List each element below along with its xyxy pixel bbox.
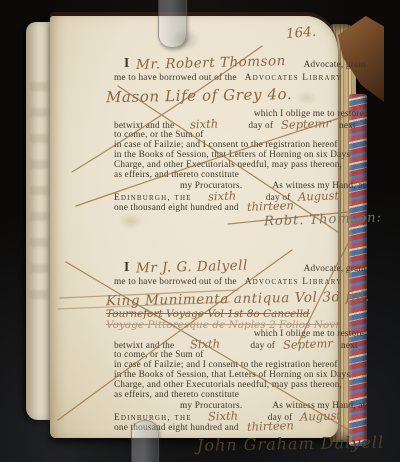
borrowed-line: me to have borrowed out of the Advocates… [114, 73, 366, 83]
printed-capital-i: I [124, 58, 129, 68]
printed-failzie-3: Charge, and other Executorials needful, … [114, 160, 342, 170]
failzie-line-3: Charge, and other Executorials needful, … [114, 380, 366, 390]
borrower-name-handwritten: Mr. Robert Thomson [136, 56, 286, 70]
printed-day-of: day of [248, 121, 273, 131]
sum-clause-line: to come, or the Sum of [114, 130, 366, 140]
printed-library-name: Advocates Library [245, 277, 343, 287]
signed-month-handwritten: August [298, 190, 339, 202]
page-holding-strap-top [158, 0, 187, 48]
failzie-line-3: Charge, and other Executorials needful, … [114, 160, 366, 170]
entry-opening-line: I Mr. Robert Thomson Advocate, grant [124, 58, 366, 73]
folio-number: 164. [285, 24, 316, 43]
printed-library-name: Advocates Library [245, 73, 343, 83]
year-handwritten: thirteen [247, 200, 294, 212]
printed-failzie-3: Charge, and other Executorials needful, … [114, 380, 342, 390]
entry-opening-line: I Mr J. G. Dalyell Advocate, grant [124, 262, 366, 277]
return-date-line: betwixt and the Sixth day of Septemr nex… [114, 339, 366, 349]
register-page: 164. I Mr. Robert Thomson Advocate, gran… [50, 16, 338, 438]
return-month-handwritten: Septemr [283, 339, 333, 351]
printed-year: one thousand eight hundred and [114, 203, 239, 213]
printed-borrowed-pre: me to have borrowed out of the [114, 277, 237, 287]
printed-failzie-2: in the Books of Session, that Letters of… [114, 150, 350, 160]
photograph-of-borrowing-register: 164. I Mr. Robert Thomson Advocate, gran… [0, 0, 400, 462]
printed-day-of: day of [250, 341, 275, 351]
borrower-name-handwritten: Mr J. G. Dalyell [136, 261, 248, 274]
printed-failzie-4: as effeirs, and thereto constitute [114, 170, 239, 180]
borrowed-title-struck: Voyage Pittoresque de Naples 2 Folios No… [106, 320, 366, 331]
printed-borrowed-pre: me to have borrowed out of the [114, 73, 237, 83]
printed-failzie-1: in case of Failzie; and I consent to the… [114, 360, 338, 370]
failzie-line-2: in the Books of Session, that Letters of… [114, 370, 366, 380]
printed-next: next [341, 341, 358, 351]
return-date-line: betwixt and the sixth day of Septemr nex… [114, 119, 366, 129]
printed-advocate-grant: Advocate, grant [304, 264, 366, 274]
return-day-handwritten: Sixth [190, 339, 220, 350]
borrowed-line: me to have borrowed out of the Advocates… [114, 277, 366, 287]
page-holding-strap-bottom [131, 420, 159, 462]
failzie-line-2: in the Books of Session, that Letters of… [114, 150, 366, 160]
failzie-line-4: as effeirs, and thereto constitute [114, 390, 366, 400]
failzie-line-1: in case of Failzie; and I consent to the… [114, 360, 366, 370]
printed-capital-i: I [124, 262, 129, 272]
borrow-entry-thomson: I Mr. Robert Thomson Advocate, grant me … [114, 58, 366, 230]
printed-failzie-1: in case of Failzie; and I consent to the… [114, 140, 338, 150]
printed-advocate-grant: Advocate, grant [304, 60, 366, 70]
printed-next: next [339, 121, 356, 131]
signing-date-line: Edinburgh, the sixth day of August [114, 191, 366, 201]
show-through-text [30, 82, 48, 302]
signed-month-handwritten: August [300, 410, 341, 422]
return-month-handwritten: Septemr [281, 119, 331, 131]
borrowed-title-handwritten: Mason Life of Grey 4o. [106, 85, 366, 107]
return-day-handwritten: sixth [190, 119, 218, 130]
signing-date-line: Edinburgh, the Sixth day of August [114, 411, 366, 421]
printed-edinburgh: Edinburgh, the [114, 193, 192, 203]
printed-failzie-4: as effeirs, and thereto constitute [114, 390, 239, 400]
printed-failzie-2: in the Books of Session, that Letters of… [114, 370, 350, 380]
borrowed-title-handwritten: King Munimenta antiqua Vol 3d fol. [106, 289, 366, 311]
failzie-line-4: as effeirs, and thereto constitute [114, 170, 366, 180]
year-handwritten: thirteen [247, 420, 294, 432]
signed-day-handwritten: sixth [208, 190, 236, 201]
failzie-line-1: in case of Failzie; and I consent to the… [114, 140, 366, 150]
signed-day-handwritten: Sixth [208, 410, 238, 421]
sum-clause-line: to come, or the Sum of [114, 350, 366, 360]
